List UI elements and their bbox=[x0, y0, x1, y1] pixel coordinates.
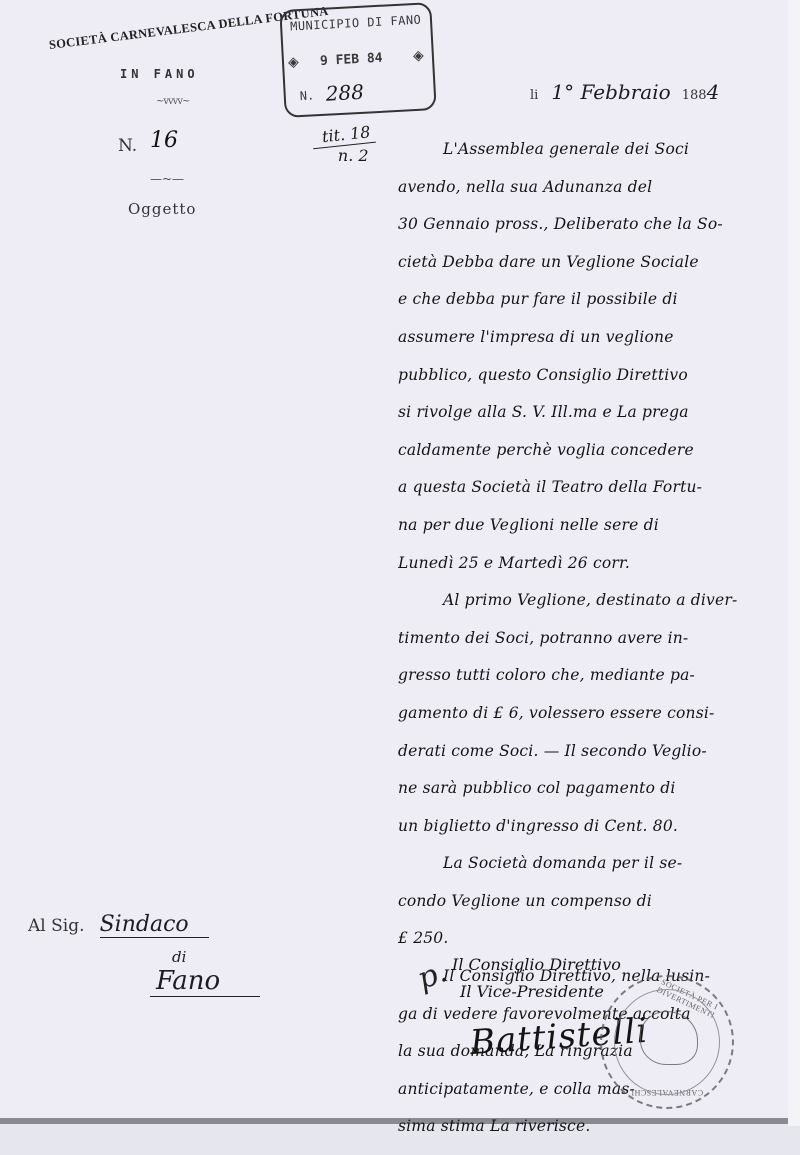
addressee-city-block: di Fano bbox=[150, 948, 260, 997]
addressee-city: Fano bbox=[150, 966, 260, 997]
body-line: assumere l'impresa di un veglione bbox=[398, 328, 783, 366]
letterhead-location: IN FANO bbox=[120, 67, 199, 81]
addressee-prefix: Al Sig. bbox=[28, 916, 85, 936]
body-line: sima stima La riverisce. bbox=[398, 1117, 783, 1126]
protocol-note: tit. 18 n. 2 bbox=[312, 125, 375, 165]
municipal-stamp: MUNICIPIO DI FANO ◈ 9 FEB 84 ◈ N. 288 bbox=[279, 2, 436, 118]
stamp-header: MUNICIPIO DI FANO bbox=[290, 13, 422, 34]
document-page: SOCIETÀ CARNEVALESCA DELLA FORTUNA IN FA… bbox=[0, 0, 791, 1124]
body-line: gamento di £ 6, volessero essere consi- bbox=[398, 704, 783, 742]
stamp-date: 9 FEB 84 bbox=[320, 51, 383, 69]
body-line: a questa Società il Teatro della Fortu- bbox=[398, 478, 783, 516]
date-year-printed: 188 bbox=[682, 88, 707, 103]
body-line: anticipatamente, e colla mas- bbox=[398, 1080, 783, 1118]
page-edge bbox=[788, 0, 800, 1126]
seal-text-bottom: CARNEVALESCHI bbox=[612, 1088, 722, 1097]
body-line: caldamente perchè voglia concedere bbox=[398, 441, 783, 479]
date-prefix: li bbox=[530, 88, 538, 103]
body-line: cietà Debba dare un Veglione Sociale bbox=[398, 253, 783, 291]
body-line: ne sarà pubblico col pagamento di bbox=[398, 779, 783, 817]
addressee-di: di bbox=[150, 948, 260, 966]
body-line: derati come Soci. — Il secondo Veglio- bbox=[398, 742, 783, 780]
body-line: e che debba pur fare il possibile di bbox=[398, 290, 783, 328]
addressee-title: Sindaco bbox=[100, 912, 209, 938]
number-value: 16 bbox=[150, 128, 178, 153]
protocol-number: n. 2 bbox=[312, 146, 375, 165]
number-label: N. bbox=[118, 136, 137, 156]
body-line: avendo, nella sua Adunanza del bbox=[398, 178, 783, 216]
society-seal: SOCIETÀ PER I DIVERTIMENTI CARNEVALESCHI bbox=[600, 975, 734, 1109]
signature-role: Il Vice-Presidente bbox=[410, 982, 648, 1001]
body-line: 30 Gennaio pross., Deliberato che la So- bbox=[398, 215, 783, 253]
body-line: La Società domanda per il se- bbox=[398, 854, 783, 892]
signature-council: Il Consiglio Direttivo bbox=[410, 955, 648, 974]
stamp-ornament-right-icon: ◈ bbox=[412, 45, 424, 67]
date-day-month: 1° Febbraio bbox=[551, 80, 670, 104]
letter-date: li 1° Febbraio 1884 bbox=[530, 80, 719, 104]
seal-emblem-icon bbox=[640, 1011, 698, 1065]
body-line: Al primo Veglione, destinato a diver- bbox=[398, 591, 783, 629]
body-line: gresso tutti coloro che, mediante pa- bbox=[398, 666, 783, 704]
letterhead-flourish: ~vvvv~ bbox=[156, 96, 189, 107]
stamp-number: 288 bbox=[325, 80, 364, 106]
body-line: condo Veglione un compenso di bbox=[398, 892, 783, 930]
body-line: si rivolge alla S. V. Ill.ma e La prega bbox=[398, 403, 783, 441]
separator-dash: —~— bbox=[150, 172, 184, 186]
stamp-prefix: N. bbox=[299, 88, 314, 103]
body-line: na per due Veglioni nelle sere di bbox=[398, 516, 783, 554]
body-line: timento dei Soci, potranno avere in- bbox=[398, 629, 783, 667]
subject-label: Oggetto bbox=[128, 200, 196, 218]
body-line: un biglietto d'ingresso di Cent. 80. bbox=[398, 817, 783, 855]
body-line: Lunedì 25 e Martedì 26 corr. bbox=[398, 554, 783, 592]
date-year-hand: 4 bbox=[707, 80, 720, 104]
stamp-ornament-left-icon: ◈ bbox=[287, 51, 299, 73]
body-line: pubblico, questo Consiglio Direttivo bbox=[398, 366, 783, 404]
body-line: L'Assemblea generale dei Soci bbox=[398, 140, 783, 178]
addressee: Al Sig. Sindaco bbox=[28, 912, 209, 937]
